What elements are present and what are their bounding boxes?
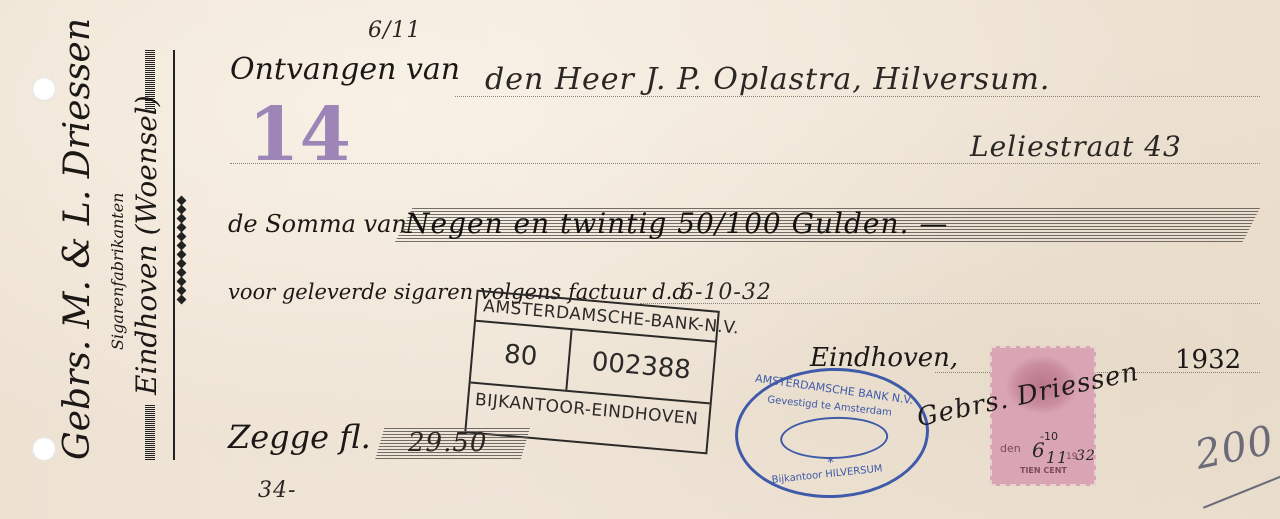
- deco-diamonds: [174, 195, 188, 305]
- bank-stamp-oval: AMSTERDAMSCHE BANK N.V. Gevestigd te Ams…: [733, 365, 931, 502]
- firm-name: M. & L. Driessen: [57, 18, 98, 328]
- firm-prefix: Gebrs.: [57, 340, 98, 460]
- letterhead-sidebar: Gebrs. M. & L. Driessen Sigarenfabrikant…: [50, 40, 200, 470]
- firm-name-line: Gebrs. M. & L. Driessen: [58, 18, 98, 460]
- margin-note: 200: [1191, 417, 1278, 478]
- margin-pencil-stroke: [1203, 473, 1280, 509]
- firm-location: Eindhoven (Woensel): [130, 95, 164, 395]
- firm-trade: Sigarenfabrikanten: [108, 193, 128, 351]
- received-from-label: Ontvangen van: [230, 52, 460, 87]
- address-line: [230, 163, 1260, 164]
- amount-value[interactable]: 29.50: [408, 428, 487, 458]
- revenue-stamp: den -10 6 11 19 32 TIEN CENT: [990, 346, 1096, 486]
- date-note: 6/11: [368, 18, 421, 43]
- received-from-value[interactable]: den Heer J. P. Oplastra, Hilversum.: [485, 62, 1050, 97]
- invoice-date[interactable]: 6-10-32: [680, 280, 772, 305]
- revenue-value: TIEN CENT: [1020, 466, 1067, 475]
- bank-stamp-rect-right-number: 002388: [568, 330, 715, 402]
- revenue-date-month: 11: [1046, 448, 1068, 467]
- revenue-den-label: den: [1000, 442, 1021, 455]
- revenue-year-suffix: 32: [1076, 448, 1096, 464]
- bottom-note: 34-: [258, 478, 296, 503]
- address-value[interactable]: Leliestraat 43: [970, 130, 1182, 163]
- bank-stamp-oval-inner: [779, 415, 888, 461]
- amount-label: Zegge fl.: [228, 418, 371, 456]
- bank-stamp-rect-left-number: 80: [471, 322, 573, 390]
- invoice-label: voor geleverde sigaren volgens factuur d…: [228, 280, 692, 304]
- revenue-date-day: 6: [1032, 438, 1046, 462]
- year-label: 1932: [1175, 345, 1241, 375]
- sum-label: de Somma van: [228, 210, 407, 238]
- deco-bar-bottom: [145, 405, 155, 460]
- sum-value[interactable]: Negen en twintig 50/100 Gulden. —: [405, 207, 948, 240]
